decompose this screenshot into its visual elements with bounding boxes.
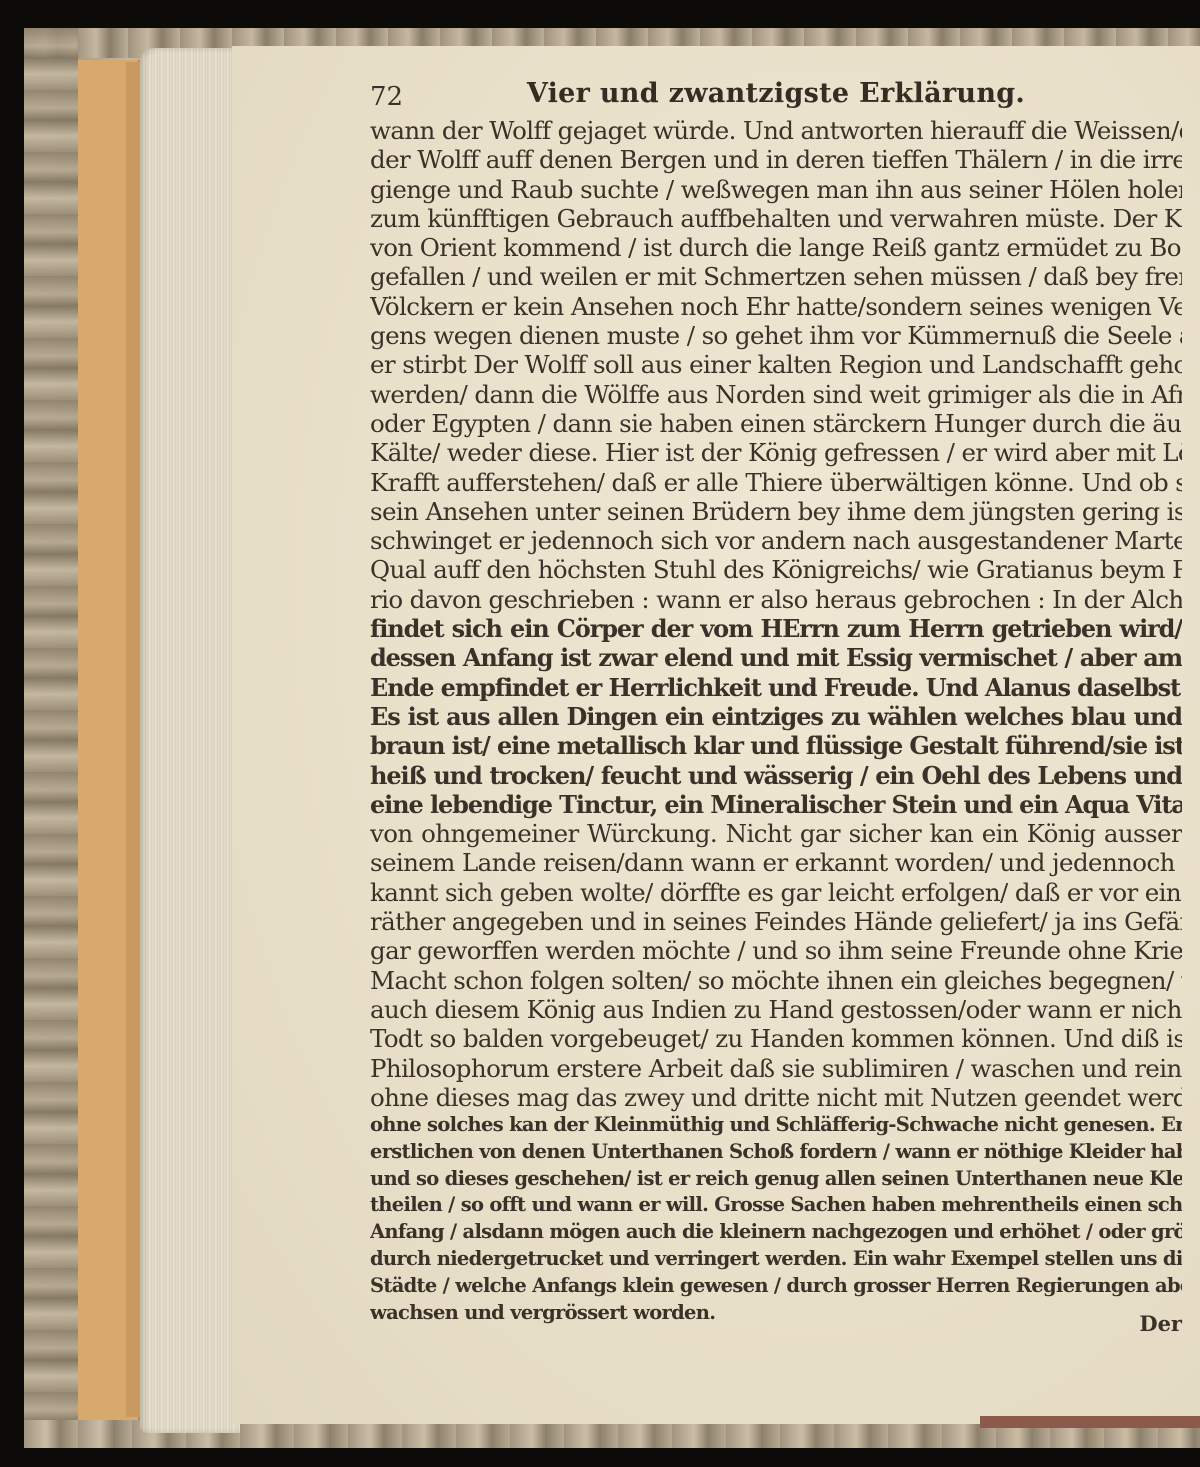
- red-page-edge: [980, 1416, 1200, 1428]
- text-line: Philosophorum erstere Arbeit daß sie sub…: [370, 1054, 1182, 1083]
- text-line: von Orient kommend / ist durch die lange…: [370, 233, 1182, 262]
- text-line: findet sich ein Cörper der vom HErrn zum…: [370, 614, 1182, 643]
- text-line: ohne solches kan der Kleinmüthig und Sch…: [370, 1112, 1182, 1139]
- running-head: Vier und zwantzigste Erklärung.: [370, 78, 1182, 109]
- text-line: braun ist/ eine metallisch klar und flüs…: [370, 731, 1182, 760]
- text-line: gens wegen dienen muste / so gehet ihm v…: [370, 321, 1182, 350]
- text-line: von ohngemeiner Würckung. Nicht gar sich…: [370, 819, 1182, 848]
- text-line: Städte / welche Anfangs klein gewesen / …: [370, 1273, 1182, 1300]
- text-line: kannt sich geben wolte/ dörffte es gar l…: [370, 878, 1182, 907]
- text-line: räther angegeben und in seines Feindes H…: [370, 907, 1182, 936]
- text-line: werden/ dann die Wölffe aus Norden sind …: [370, 380, 1182, 409]
- text-line: Krafft aufferstehen/ daß er alle Thiere …: [370, 468, 1182, 497]
- text-line: theilen / so offt und wann er will. Gros…: [370, 1192, 1182, 1219]
- text-line: erstlichen von denen Unterthanen Schoß f…: [370, 1139, 1182, 1166]
- text-line: durch niedergetrucket und verringert wer…: [370, 1246, 1182, 1273]
- page-header: 72 Vier und zwantzigste Erklärung.: [370, 78, 1182, 118]
- text-line: dessen Anfang ist zwar elend und mit Ess…: [370, 643, 1182, 672]
- text-line: Qual auff den höchsten Stuhl des Königre…: [370, 555, 1182, 584]
- text-line: wachsen und vergrössert worden.: [370, 1300, 1182, 1327]
- text-line: Es ist aus allen Dingen ein eintziges zu…: [370, 702, 1182, 731]
- text-line: Völckern er kein Ansehen noch Ehr hatte/…: [370, 292, 1182, 321]
- text-line: heiß und trocken/ feucht und wässerig / …: [370, 761, 1182, 790]
- body-text: wann der Wolff gejaget würde. Und antwor…: [370, 116, 1182, 1326]
- text-line: Anfang / alsdann mögen auch die kleinern…: [370, 1219, 1182, 1246]
- text-line: und so dieses geschehen/ ist er reich ge…: [370, 1166, 1182, 1193]
- text-line: Macht schon folgen solten/ so möchte ihn…: [370, 966, 1182, 995]
- text-line: Ende empfindet er Herrlichkeit und Freud…: [370, 673, 1182, 702]
- text-line: gefallen / und weilen er mit Schmertzen …: [370, 262, 1182, 291]
- text-line: ohne dieses mag das zwey und dritte nich…: [370, 1083, 1182, 1112]
- text-line: schwinget er jedennoch sich vor andern n…: [370, 526, 1182, 555]
- text-line: seinem Lande reisen/dann wann er erkannt…: [370, 848, 1182, 877]
- text-line: auch diesem König aus Indien zu Hand ges…: [370, 995, 1182, 1024]
- text-line: rio davon geschrieben : wann er also her…: [370, 585, 1182, 614]
- text-line: zum künfftigen Gebrauch auffbehalten und…: [370, 204, 1182, 233]
- text-line: gienge und Raub suchte / weßwegen man ih…: [370, 175, 1182, 204]
- text-line: sein Ansehen unter seinen Brüdern bey ih…: [370, 497, 1182, 526]
- text-line: gar geworffen werden möchte / und so ihm…: [370, 936, 1182, 965]
- text-line: der Wolff auff denen Bergen und in deren…: [370, 145, 1182, 174]
- text-line: Kälte/ weder diese. Hier ist der König g…: [370, 438, 1182, 467]
- catchword: Der: [1139, 1311, 1182, 1336]
- cover-spine-edge: [24, 28, 78, 1448]
- text-line: wann der Wolff gejaget würde. Und antwor…: [370, 116, 1182, 145]
- page-stack-edge: [140, 48, 240, 1433]
- text-line: oder Egypten / dann sie haben einen stär…: [370, 409, 1182, 438]
- text-line: er stirbt Der Wolff soll aus einer kalte…: [370, 350, 1182, 379]
- text-line: eine lebendige Tinctur, ein Mineralische…: [370, 790, 1182, 819]
- text-line: Todt so balden vorgebeuget/ zu Handen ko…: [370, 1024, 1182, 1053]
